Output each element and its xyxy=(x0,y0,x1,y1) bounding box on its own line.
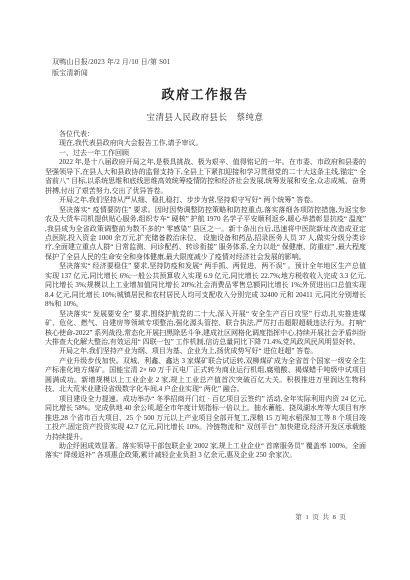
paragraph: 产业升级步伐加快。双城、利鑫、鑫达 3 家煤矿联合试运转,双柳煤矿成为全省首个国… xyxy=(45,357,366,395)
paragraph: 坚决落实“ 发展要安全” 要求,围绕护航党的二十大,深入开展“ 安全生产百日攻坚… xyxy=(45,310,366,348)
report-page: 双鸭山日报/2023 年/2 月/10 日/第 S01 版宝清新闻 政府工作报告… xyxy=(0,0,410,580)
report-byline: 宝清县人民政府县长 蔡纯意 xyxy=(0,111,410,123)
paragraph: 坚决落实“ 经济要稳住” 要求,坚持防疫和发展“ 两手抓、两促进、两不误” 。预… xyxy=(45,262,366,309)
paragraph: 项目建设全力提速。成功举办“ 冬季招商开门红 · 百亿项目云签约” 活动,全年实… xyxy=(45,395,366,442)
paragraph: 开局之年,我们坚持从严从细、稳扎稳打、步步为营,坚持艰守写好“ 两个统筹” 答卷… xyxy=(45,196,366,205)
report-title: 政府工作报告 xyxy=(0,84,410,103)
report-body: 各位代表： 现在,我代表县政府向大会报告工作,请予审议。 一、过去一年工作回顾 … xyxy=(45,130,366,461)
paragraph: 开局之年,我们坚持产业为纲、项目为基、企业为上,扬优成势写好“ 进位赶超” 答卷… xyxy=(45,347,366,356)
paragraph: 现在,我代表县政府向大会报告工作,请予审议。 xyxy=(45,139,366,148)
masthead-section-line: 版宝清新闻 xyxy=(52,68,171,79)
paragraph: 坚决落实“ 疫情要防住” 要求。因时因势调整防控策略和防控重点,落实落细各项防控… xyxy=(45,206,366,263)
masthead-date-line: 双鸭山日报/2023 年/2 月/10 日/第 S01 xyxy=(52,57,171,68)
section-heading: 一、过去一年工作回顾 xyxy=(45,149,366,158)
page-number: 第 1 页 共 8 页 xyxy=(0,512,347,521)
newspaper-masthead: 双鸭山日报/2023 年/2 月/10 日/第 S01 版宝清新闻 xyxy=(52,57,171,79)
paragraph: 2022 年,是十八届政府开局之年,是极具挑战、极为艰辛、值得铭记的一年。在市委… xyxy=(45,158,366,196)
paragraph: 助企纾困成效显著。落实领导干部包联企业 2002 家,规上工业企业“ 首席服务员… xyxy=(45,442,366,461)
